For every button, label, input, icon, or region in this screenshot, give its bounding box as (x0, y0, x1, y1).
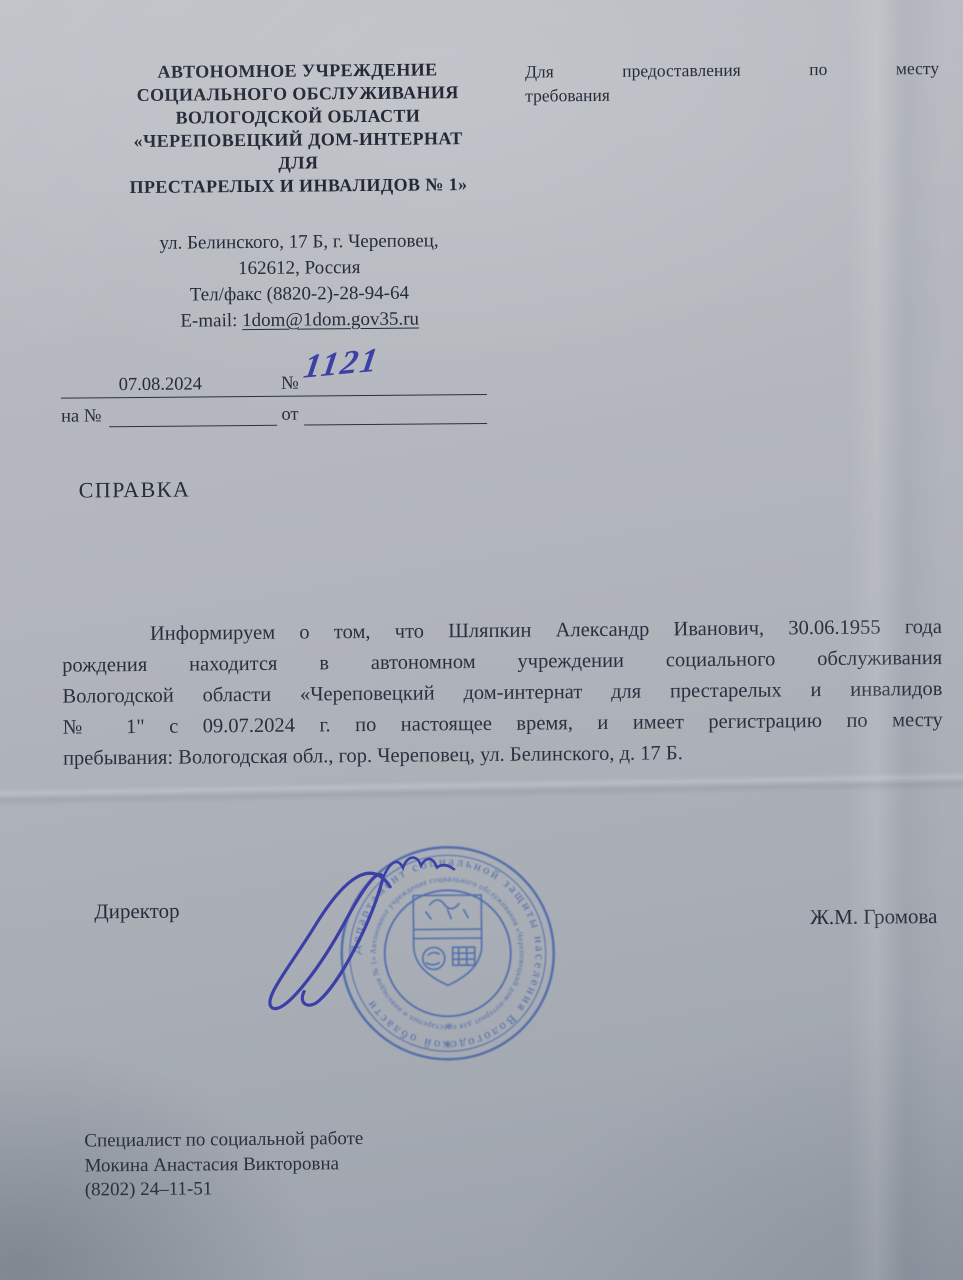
reference-block: 07.08.2024 № 1121 на № от (61, 360, 488, 428)
signatory-role: Директор (94, 899, 179, 925)
document-content: АВТОНОМНОЕ УЧРЕЖДЕНИЕ СОЦИАЛЬНОГО ОБСЛУЖ… (0, 0, 963, 1280)
body-paragraph: Информируем о том, что Шляпкин Александр… (62, 612, 943, 775)
incoming-ref-row: на № от (61, 396, 487, 428)
org-line: «ЧЕРЕПОВЕЦКИЙ ДОМ-ИНТЕРНАТ (66, 127, 531, 154)
recipient-note-line: Для предоставления по месту (525, 56, 939, 84)
email-address: 1dom@1dom.gov35.ru (242, 309, 419, 332)
reply-to-label: на № (61, 406, 110, 427)
address-line: Тел/факс (8820-2)-28-94-64 (67, 280, 532, 310)
blank-line-segment (61, 397, 119, 398)
stamp-star-icon: ✳ (445, 1021, 453, 1031)
blank-line-segment (202, 396, 281, 397)
scanned-document: АВТОНОМНОЕ УЧРЕЖДЕНИЕ СОЦИАЛЬНОГО ОБСЛУЖ… (0, 0, 963, 1280)
executor-role: Специалист по социальной работе (84, 1127, 363, 1154)
document-title: СПРАВКА (79, 477, 191, 504)
executor-name: Мокина Анастасия Викторовна (84, 1152, 363, 1179)
org-line: ПРЕСТАРЕЛЫХ И ИНВАЛИДОВ № 1» (66, 173, 531, 200)
from-label: от (277, 405, 304, 426)
number-sign: № (281, 374, 299, 396)
director-signature (238, 846, 457, 1016)
blank-underline (109, 401, 277, 427)
stamp-star-icon: ✳ (444, 1039, 453, 1051)
recipient-note: Для предоставления по месту требования (525, 56, 939, 108)
email-line: E-mail: 1dom@1dom.gov35.ru (67, 306, 532, 336)
handwritten-document-number: 1121 (301, 342, 382, 387)
letterhead-address: ул. Белинского, 17 Б, г. Череповец, 1626… (66, 228, 532, 336)
letterhead-org-name: АВТОНОМНОЕ УЧРЕЖДЕНИЕ СОЦИАЛЬНОГО ОБСЛУЖ… (65, 58, 531, 200)
blank-underline (304, 399, 487, 426)
address-line: 162612, Россия (67, 254, 532, 284)
document-date: 07.08.2024 (119, 374, 202, 397)
signatory-name: Ж.М. Громова (772, 904, 937, 930)
recipient-note-line: требования (525, 80, 939, 108)
address-line: ул. Белинского, 17 Б, г. Череповец, (66, 228, 531, 258)
executor-phone: (8202) 24–11-51 (85, 1176, 364, 1203)
executor-block: Специалист по социальной работе Мокина А… (84, 1127, 364, 1203)
email-label: E-mail: (180, 310, 237, 331)
body-line: пребывания: Вологодская обл., гор. Череп… (63, 736, 943, 775)
outgoing-ref-row: 07.08.2024 № 1121 (61, 360, 487, 399)
